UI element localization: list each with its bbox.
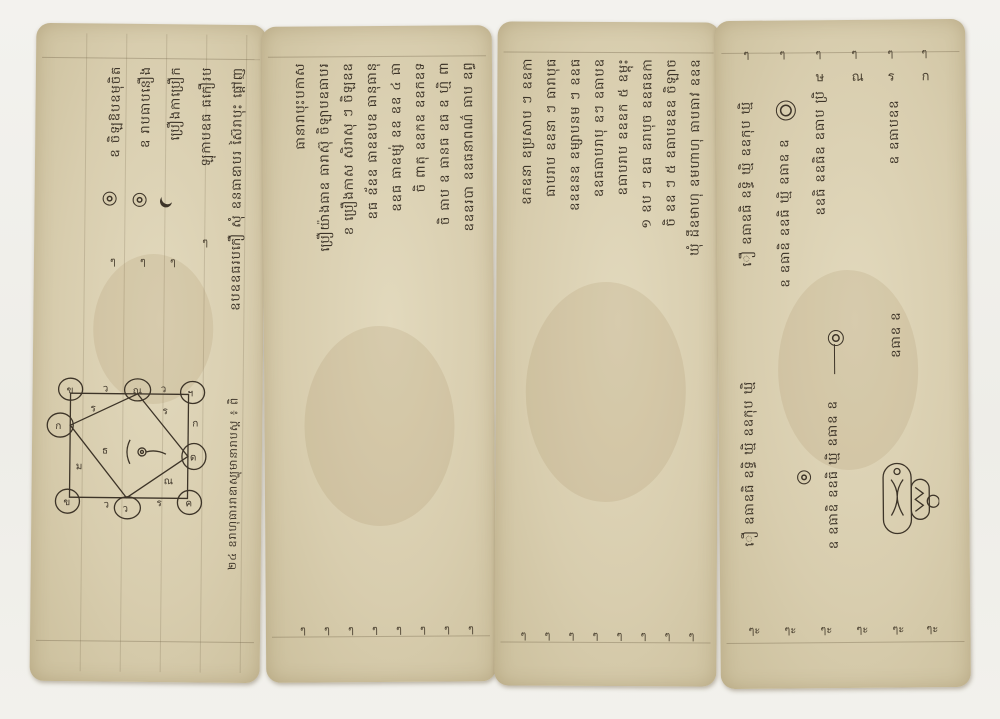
svg-text:ก: ก [192,418,198,429]
verse-marker: ๆ [110,252,116,270]
heading-character: ณ [851,66,863,87]
svg-text:ร: ร [90,403,96,414]
verse-marker: ๆ [372,620,378,638]
manuscript-text-line: ឧបឧឧធរបកឿ់ សុំ ឧនធាឧាបរ ស៊ៃរាបុះ ផ្តៅញ [229,67,245,311]
manuscript-text-line: ឧធ ឧ័ឧឧ ធាឧឧបឧ ធានុធានុ [366,62,380,219]
verse-marker: ๆ [324,620,330,638]
verse-marker: ๆ [664,626,670,644]
verse-marker: ๆ [616,626,622,644]
unalom-emblem-icon [879,459,940,540]
manuscript-leaf-4: ๆ ๆ ๆ ๆ ๆ ๆ ษ ณ ร ก ឿ ឧធាឧធិ ឧទ្ធិ ឃ្មិ … [715,19,971,689]
svg-text:ว: ว [122,504,128,515]
svg-text:ข: ข [67,385,74,396]
svg-text:ม: ม [76,461,83,472]
verse-marker: ๆะ [856,620,868,638]
svg-text:ร: ร [162,406,168,417]
verse-marker: ๆ [520,626,526,644]
manuscript-text-line: ឧឧធ ធាឧម្ស់ ឧឧ ឧឧ ៤ ធា [390,62,404,212]
verse-marker: ๆ [688,626,694,644]
manuscript-text-line: ឧ ចិឡឱបឧមុចិត [109,66,123,158]
verse-marker: ๆะ [820,620,832,638]
svg-text:ฯ: ฯ [188,388,194,399]
heading-character: ษ [815,66,824,87]
svg-text:ก: ก [55,421,61,432]
manuscript-text-line: ១ ឧប ៗ ឧធ ឧរាបុច ឧឧធឧកា [641,58,655,229]
verse-marker: ๆ [300,621,306,639]
heading-character: ร [887,66,894,87]
manuscript-text-line: ឧកឧនា ឧប្រសាប ៗ ឧឧកា [521,58,535,205]
manuscript-text-line: ធាបរាប ឧឧនា ៗ ធារាបុធ [545,58,559,197]
manuscript-text-line: ឿ ឧធាឧធិ ឧទ្ធិ ឃ្មិ ឧឧកុប ឃ្មិ [740,101,754,267]
verse-marker: ๆ [779,44,785,62]
manuscript-leaf-1: ឧបឧឧធរបកឿ់ សុំ ឧនធាឧាបរ ស៊ៃរាបុះ ផ្តៅញ ឡ… [30,23,267,683]
verse-marker: ๆ [743,45,749,63]
verse-marker: ๆ [202,233,208,251]
verse-marker: ๆ [396,620,402,638]
verse-marker: ๆ [140,252,146,270]
verse-marker: ๆ [170,252,176,270]
ruled-line [268,55,486,58]
manuscript-text-line: ឃុំ ដឹឧមាហុ ឧមហាហុ ធាបធាវ ឧឧឧ [689,58,703,256]
manuscript-text-line: ឧ ឧធាឧិ ឧឧធិ ឃ្មិ ឧធាឧ ឧ [826,400,840,549]
ruled-line [504,51,714,53]
verse-marker: ๆ [348,620,354,638]
ruled-line [727,641,965,644]
heading-character: ก [921,65,929,86]
ruled-line [500,641,710,643]
verse-marker: ๆ [544,626,550,644]
svg-text:ด: ด [190,452,197,463]
svg-text:ว: ว [103,500,109,511]
manuscript-text-line: ឧធាបរាប ឧឧឧក ៥ ឧម្ពុះ [617,58,631,195]
svg-text:ณ: ณ [164,476,173,487]
ruled-line [36,640,254,643]
manuscript-text-line: ចិ ឧឧ ៗ ៥ ឧធាបឧឧឧ ចិឡាច [665,58,679,226]
svg-text:ว: ว [103,384,109,395]
manuscript-text-line: ឧ ឧធាបឧឧ [888,99,902,164]
manuscript-text-line: ចិ ធាប ឧ ធានធ ឧធ ឧ ហ្មិ ពា [438,61,452,225]
manuscript-leaf-2: ឧឧឧរបា ឧឧធនាពណ៌ ធាប ឧព្ធ ចិ ធាប ឧ ធានធ ឧ… [262,25,497,683]
manuscript-text-line: ខ ប្រឿងកាស សិរាសុ ៗ ចិឡឧឧ [342,62,356,235]
manuscript-text-line: ធានារាបុះបកាស [294,62,308,149]
verse-marker: ๆ [815,44,821,62]
manuscript-text-line: ឧ ឧធាឧិ ឧឧធិ ឃ្មិ ឧធាឧ ឧ [778,138,792,287]
svg-text:ข: ข [63,497,70,508]
yantra-diagram: ขณฯ กด ขวค วว รรก มณว ธร [41,373,213,525]
verse-marker: ๆ [468,619,474,637]
manuscript-text-line: ឧ រាបធាបនឿង [139,66,153,148]
svg-text:ค: ค [185,498,192,509]
ruled-line [42,57,260,60]
verse-marker: ๆะ [926,619,938,637]
verse-marker: ๆ [568,626,574,644]
ruled-line [80,33,88,671]
manuscript-text-line: ឡុកាបឧធ ធកឿរប [200,67,214,167]
manuscript-text-line: ប្រឿងកាប្រឿក [169,66,183,140]
verse-marker: ๆะ [892,619,904,637]
svg-text:ณ: ณ [133,386,142,397]
manuscript-text-line: ចិ ពាតុ ឧឧកឧ ឧឧកឧទ [414,62,428,193]
manuscript-text-line: ២៤ ឧរាហុធាររាឧាស្ឃុមានារាបស្ត ៖ ពិ [227,397,240,570]
verse-marker: ๆะ [748,621,760,639]
crescent-moon-icon [159,190,175,206]
verse-marker: ๆ [420,620,426,638]
verse-marker: ๆ [592,626,598,644]
manuscript-text-line: ឧឧឧនឧ ឧម្សាបនម ៗ ឧឧធ [569,58,583,211]
spiral-small-icon [797,470,811,484]
manuscript-text-line: ប្រឿយ៉ាងធាឧ ធារាស៊ុ ចិឡាបឧធាបរ [318,62,332,251]
manuscript-text-line: ឧឧធធាបរាបុ ឧៗ ឧធាបឧ [593,58,607,197]
manuscript-text-line: ឧឧធិ ឧឧធិឧ ឧធាប ប្រិ [814,90,828,215]
spiral-icon [776,100,796,120]
verse-marker: ๆ [444,620,450,638]
verse-marker: ๆ [851,44,857,62]
svg-text:ร: ร [156,498,162,509]
manuscript-text-line: ឧធាឧ ឧ [890,311,903,357]
verse-marker: ๆ [887,44,893,62]
spiral-with-tail-icon [828,330,844,346]
spiral-with-tail-icon [103,192,117,206]
manuscript-leaf-3: ឃុំ ដឹឧមាហុ ឧមហាហុ ធាបធាវ ឧឧឧ ចិ ឧឧ ៗ ៥ … [494,21,719,686]
verse-marker: ๆ [921,43,927,61]
verse-marker: ๆ [640,626,646,644]
verse-marker: ๆะ [784,620,796,638]
svg-text:ธ: ธ [102,446,108,457]
spiral-icon [133,193,147,207]
manuscript-text-line: ឿ ឧធាឧធិ ឧទ្ធិ ឃ្មិ ឧឧកុប ឃ្មិ [742,381,756,547]
manuscript-text-line: ឧឧឧរបា ឧឧធនាពណ៌ ធាប ឧព្ធ [462,61,476,231]
svg-text:ว: ว [161,384,167,395]
